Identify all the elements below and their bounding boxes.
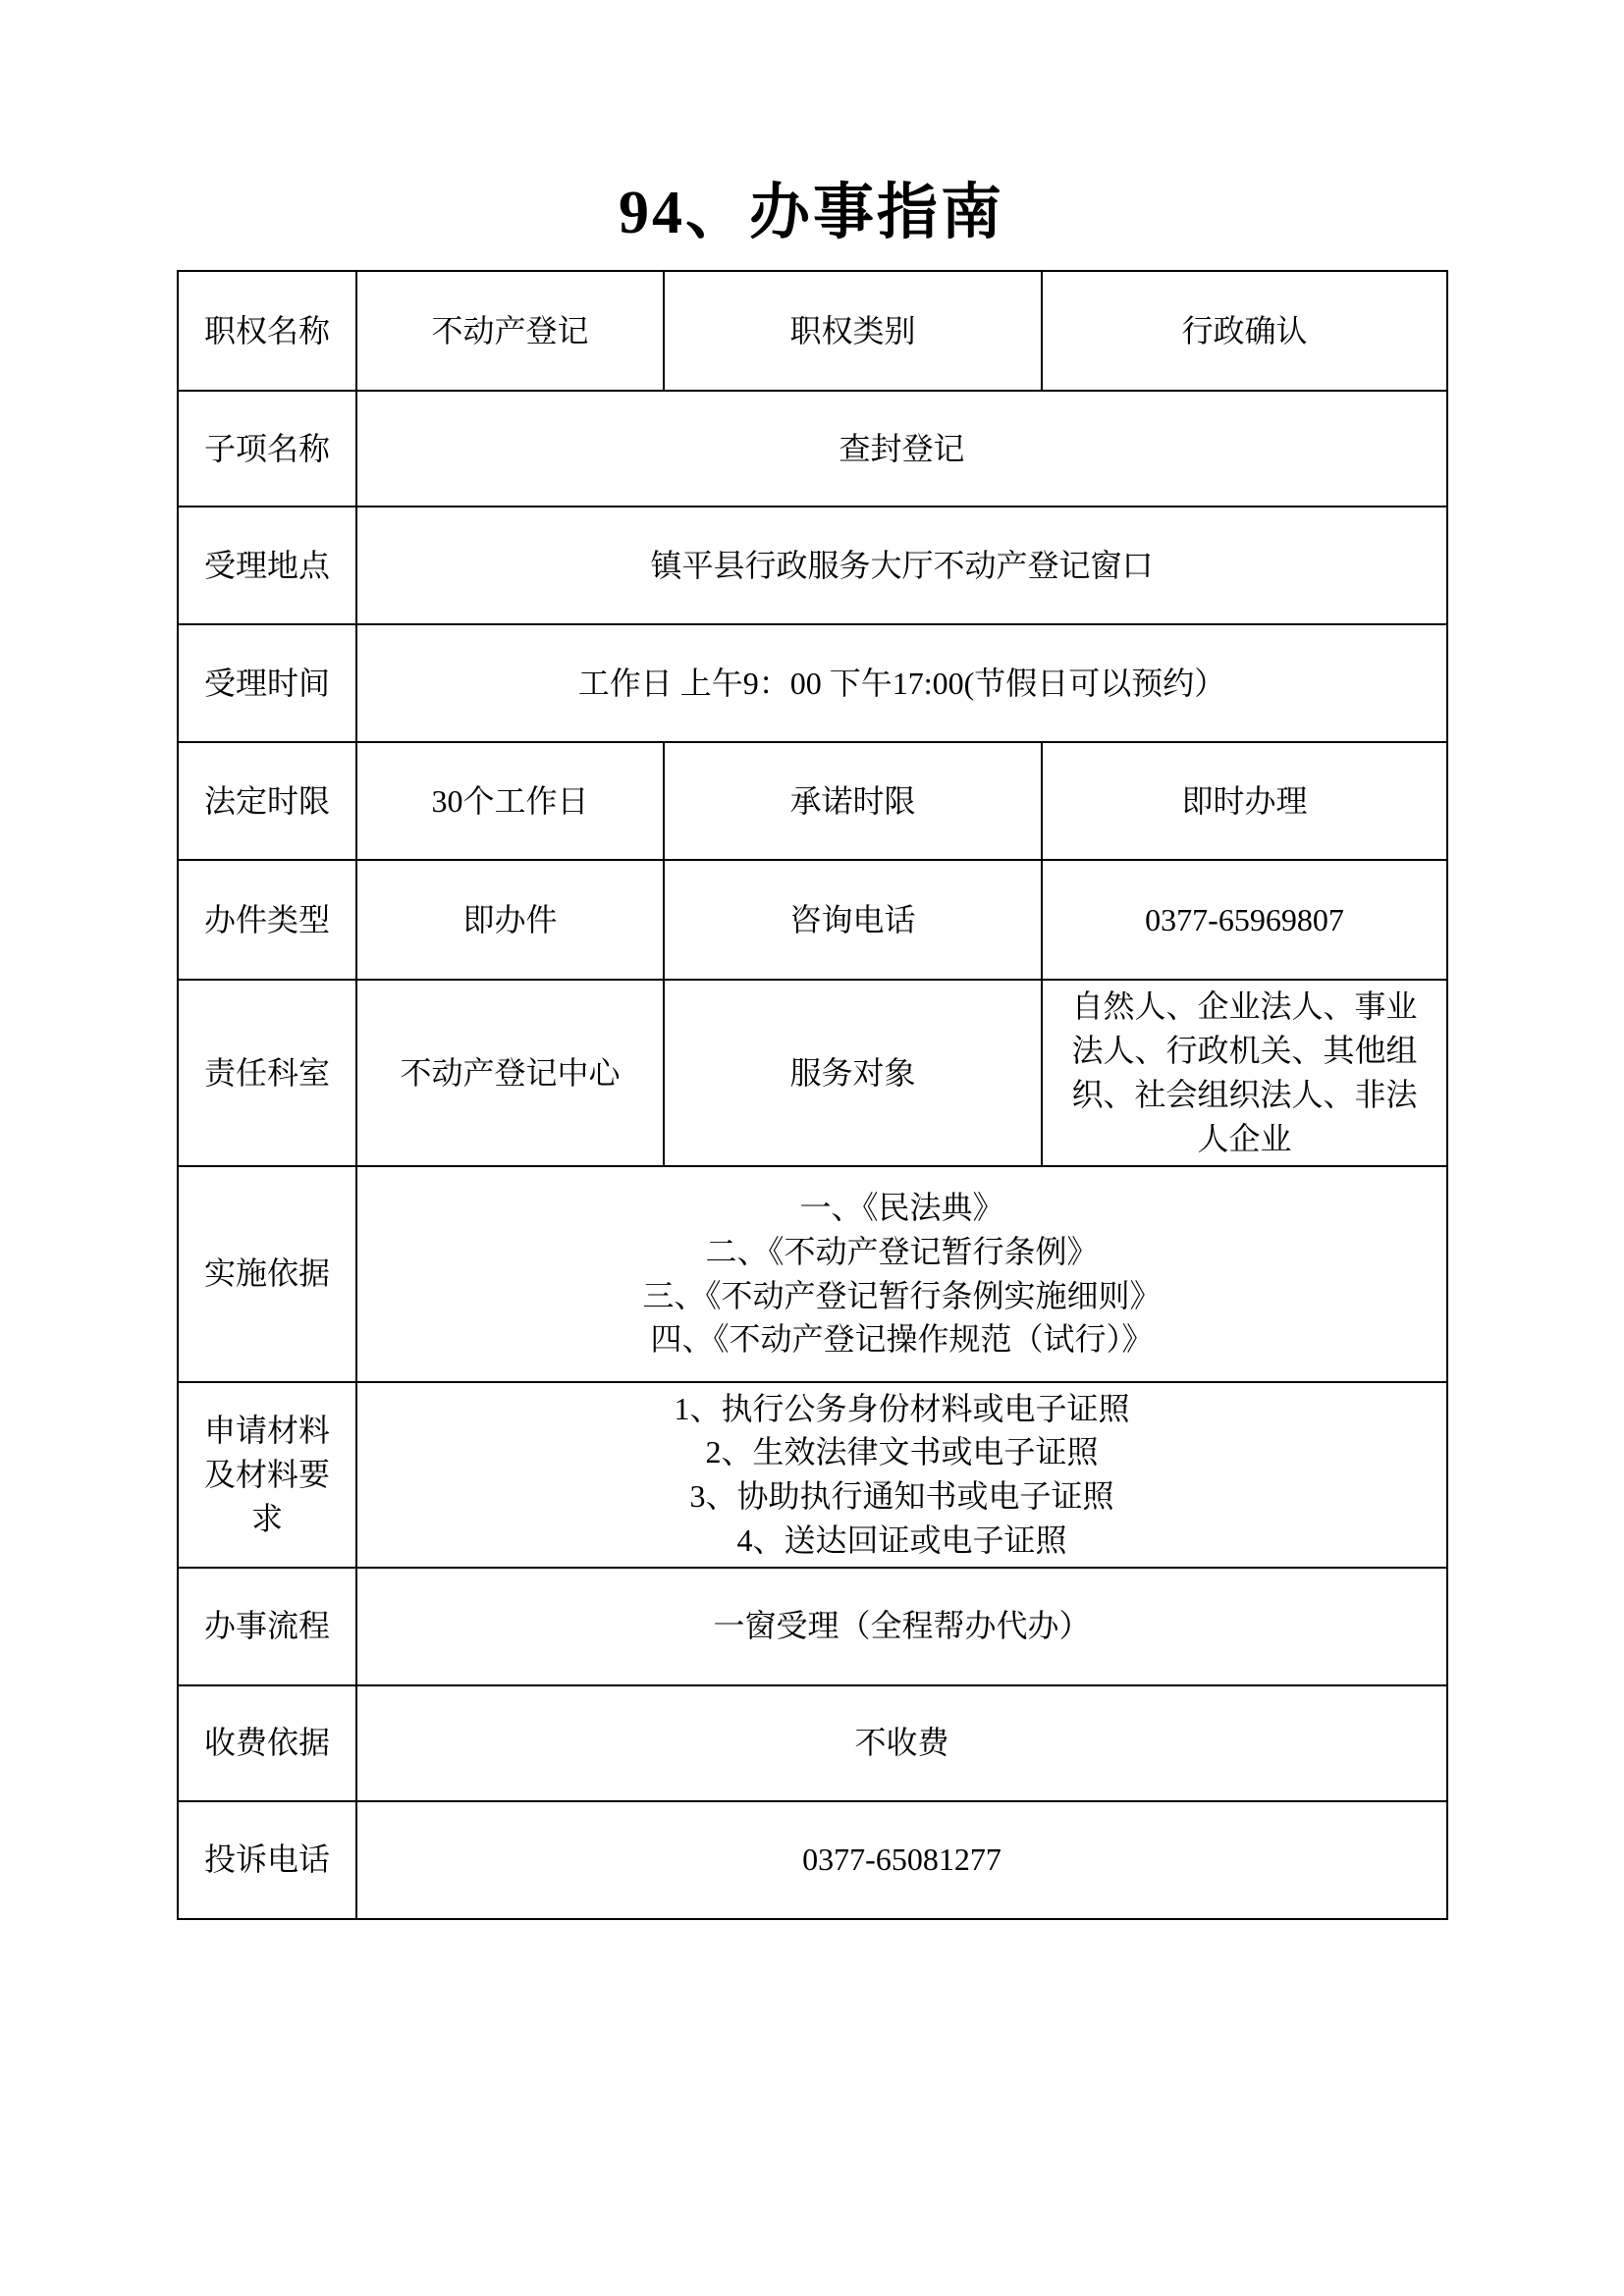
implementation-basis-list: 一、《民法典》 二、《不动产登记暂行条例》 三、《不动产登记暂行条例实施细则》 … (356, 1166, 1447, 1382)
process-flow-label: 办事流程 (178, 1568, 356, 1685)
table-row: 投诉电话 0377-65081277 (178, 1801, 1447, 1919)
consult-phone-label: 咨询电话 (664, 860, 1042, 980)
promised-limit-label: 承诺时限 (664, 742, 1042, 860)
subitem-name-value: 查封登记 (356, 391, 1447, 507)
process-flow-value: 一窗受理（全程帮办代办） (356, 1568, 1447, 1685)
application-materials-label: 申请材料 及材料要 求 (178, 1382, 356, 1568)
acceptance-time-value: 工作日 上午9：00 下午17:00(节假日可以预约） (356, 624, 1447, 742)
fee-basis-label: 收费依据 (178, 1685, 356, 1801)
table-row: 责任科室 不动产登记中心 服务对象 自然人、企业法人、事业 法人、行政机关、其他… (178, 980, 1447, 1165)
implementation-basis-label: 实施依据 (178, 1166, 356, 1382)
table-row: 职权名称 不动产登记 职权类别 行政确认 (178, 271, 1447, 391)
page-title: 94、办事指南 (177, 177, 1446, 249)
complaint-phone-value: 0377-65081277 (356, 1801, 1447, 1919)
case-type-value: 即办件 (356, 860, 664, 980)
table-row: 收费依据 不收费 (178, 1685, 1447, 1801)
document-body: 94、办事指南 职权名称 不动产登记 职权类别 行政确认 子项名称 查封登记 (177, 0, 1446, 1920)
consult-phone-value: 0377-65969807 (1042, 860, 1447, 980)
legal-limit-value: 30个工作日 (356, 742, 664, 860)
authority-type-label: 职权类别 (664, 271, 1042, 391)
table-row: 申请材料 及材料要 求 1、执行公务身份材料或电子证照 2、生效法律文书或电子证… (178, 1382, 1447, 1568)
table-row: 法定时限 30个工作日 承诺时限 即时办理 (178, 742, 1447, 860)
table-row: 办事流程 一窗受理（全程帮办代办） (178, 1568, 1447, 1685)
table-row: 子项名称 查封登记 (178, 391, 1447, 507)
authority-type-value: 行政确认 (1042, 271, 1447, 391)
service-target-value: 自然人、企业法人、事业 法人、行政机关、其他组 织、社会组织法人、非法 人企业 (1042, 980, 1447, 1165)
table-row: 办件类型 即办件 咨询电话 0377-65969807 (178, 860, 1447, 980)
case-type-label: 办件类型 (178, 860, 356, 980)
fee-basis-value: 不收费 (356, 1685, 1447, 1801)
table-row: 实施依据 一、《民法典》 二、《不动产登记暂行条例》 三、《不动产登记暂行条例实… (178, 1166, 1447, 1382)
table-row: 受理地点 镇平县行政服务大厅不动产登记窗口 (178, 507, 1447, 624)
service-guide-table: 职权名称 不动产登记 职权类别 行政确认 子项名称 查封登记 受理地点 镇平县行… (177, 270, 1448, 1919)
application-materials-list: 1、执行公务身份材料或电子证照 2、生效法律文书或电子证照 3、协助执行通知书或… (356, 1382, 1447, 1568)
table-row: 受理时间 工作日 上午9：00 下午17:00(节假日可以预约） (178, 624, 1447, 742)
responsible-dept-value: 不动产登记中心 (356, 980, 664, 1165)
authority-name-label: 职权名称 (178, 271, 356, 391)
acceptance-location-value: 镇平县行政服务大厅不动产登记窗口 (356, 507, 1447, 624)
promised-limit-value: 即时办理 (1042, 742, 1447, 860)
complaint-phone-label: 投诉电话 (178, 1801, 356, 1919)
acceptance-location-label: 受理地点 (178, 507, 356, 624)
authority-name-value: 不动产登记 (356, 271, 664, 391)
service-target-label: 服务对象 (664, 980, 1042, 1165)
acceptance-time-label: 受理时间 (178, 624, 356, 742)
document-page: 94、办事指南 职权名称 不动产登记 职权类别 行政确认 子项名称 查封登记 (0, 0, 1624, 2296)
responsible-dept-label: 责任科室 (178, 980, 356, 1165)
legal-limit-label: 法定时限 (178, 742, 356, 860)
subitem-name-label: 子项名称 (178, 391, 356, 507)
